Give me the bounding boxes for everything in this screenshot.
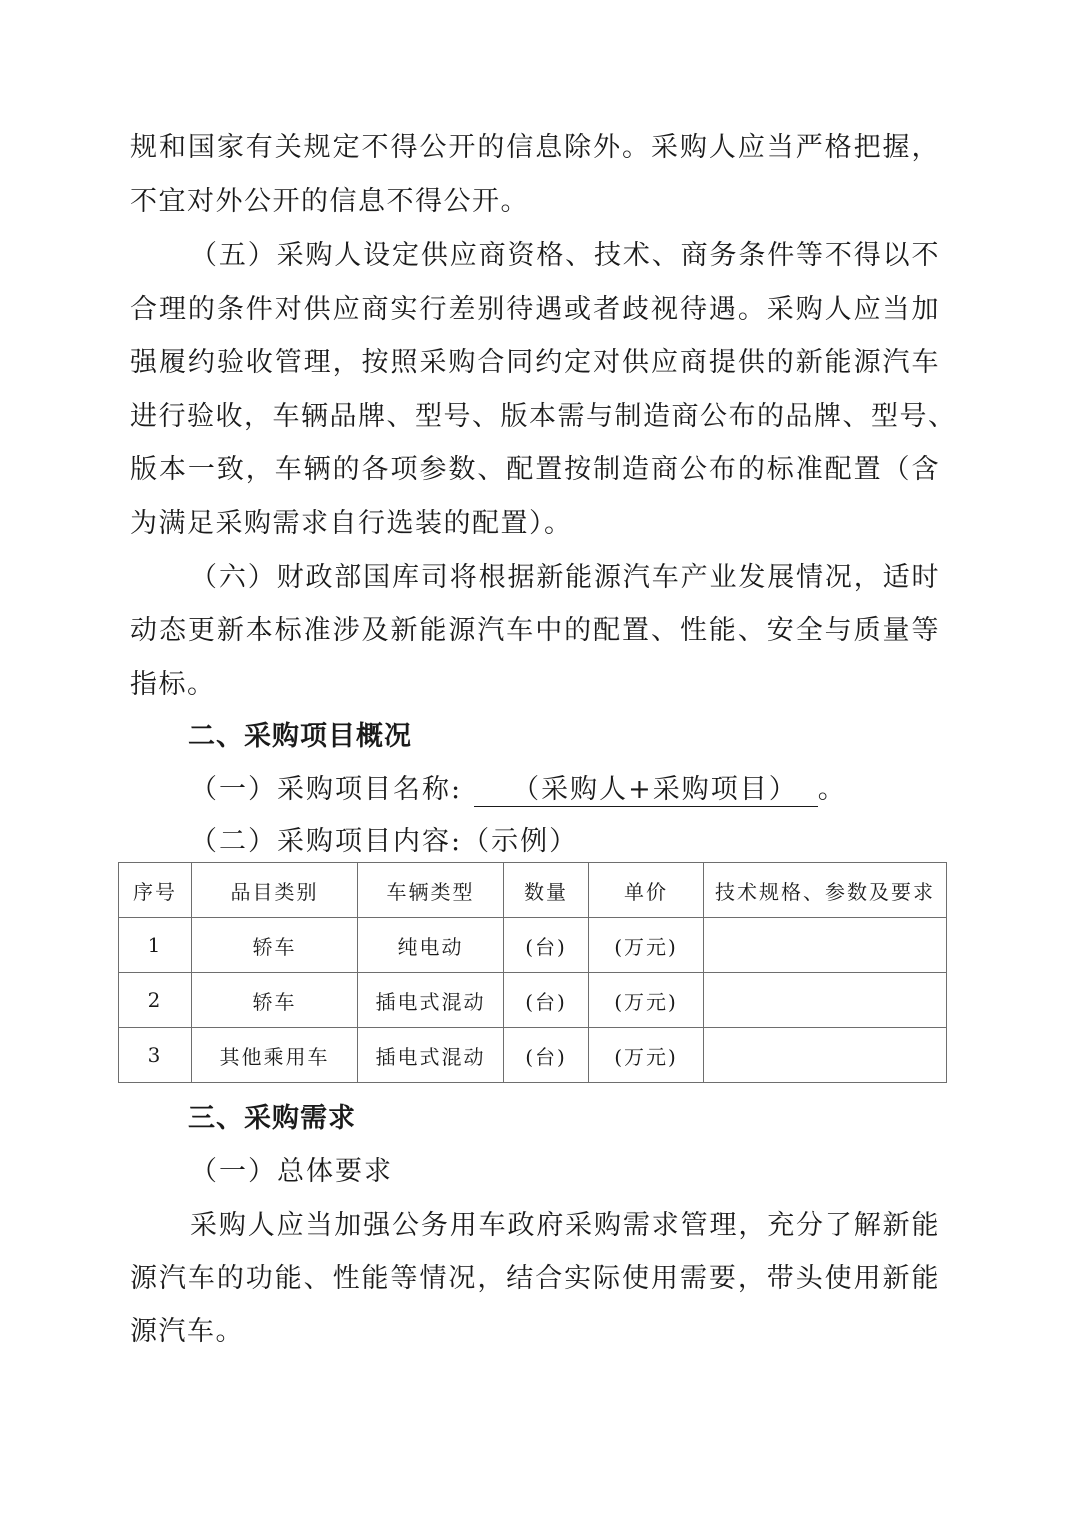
table-cell: (万元) xyxy=(589,1028,704,1083)
paragraph-line: 采购人应当加强公务用车政府采购需求管理，充分了解新能 xyxy=(190,1208,940,1244)
paragraph-line: （五）采购人设定供应商资格、技术、商务条件等不得以不 xyxy=(190,238,940,274)
table-header-cell: 品目类别 xyxy=(192,863,358,918)
table-cell xyxy=(704,1028,947,1083)
project-name-label: （一）采购项目名称: xyxy=(190,774,462,805)
paragraph-line: 指标。 xyxy=(130,667,940,703)
table-header-cell: 技术规格、参数及要求 xyxy=(704,863,947,918)
table-row: 1 轿车 纯电动 (台) (万元) xyxy=(119,918,947,973)
paragraph-line: 合理的条件对供应商实行差别待遇或者歧视待遇。采购人应当加 xyxy=(130,292,940,328)
table-cell: 1 xyxy=(119,918,192,973)
table-row: 3 其他乘用车 插电式混动 (台) (万元) xyxy=(119,1028,947,1083)
procurement-items-table: 序号 品目类别 车辆类型 数量 单价 技术规格、参数及要求 1 轿车 纯电动 (… xyxy=(118,862,947,1083)
table-cell: 纯电动 xyxy=(358,918,504,973)
project-content-label: （二）采购项目内容:（示例） xyxy=(190,824,578,860)
table-cell: 轿车 xyxy=(192,973,358,1028)
table-header-cell: 数量 xyxy=(504,863,589,918)
paragraph-line: 版本一致，车辆的各项参数、配置按制造商公布的标准配置（含 xyxy=(130,452,940,488)
table-header-cell: 序号 xyxy=(119,863,192,918)
table-cell: 插电式混动 xyxy=(358,973,504,1028)
table-cell xyxy=(704,918,947,973)
table-cell: (万元) xyxy=(589,973,704,1028)
paragraph-line: 源汽车的功能、性能等情况，结合实际使用需要，带头使用新能 xyxy=(130,1261,940,1297)
table-cell: (台) xyxy=(504,1028,589,1083)
table-header-row: 序号 品目类别 车辆类型 数量 单价 技术规格、参数及要求 xyxy=(119,863,947,918)
table-header-cell: 单价 xyxy=(589,863,704,918)
table-cell: 插电式混动 xyxy=(358,1028,504,1083)
project-name-line: （一）采购项目名称:（采购人+采购项目）。 xyxy=(190,772,847,808)
paragraph-line: 不宜对外公开的信息不得公开。 xyxy=(130,184,940,220)
project-name-end: 。 xyxy=(818,774,847,805)
paragraph-line: 规和国家有关规定不得公开的信息除外。采购人应当严格把握， xyxy=(130,130,940,166)
paragraph-line: 进行验收，车辆品牌、型号、版本需与制造商公布的品牌、型号、 xyxy=(130,399,940,435)
table-cell: 3 xyxy=(119,1028,192,1083)
table-cell: (台) xyxy=(504,918,589,973)
table-cell xyxy=(704,973,947,1028)
section-heading-3: 三、采购需求 xyxy=(188,1101,356,1137)
paragraph-line: 强履约验收管理，按照采购合同约定对供应商提供的新能源汽车 xyxy=(130,345,940,381)
table-header-cell: 车辆类型 xyxy=(358,863,504,918)
table-cell: (台) xyxy=(504,973,589,1028)
document-page: 规和国家有关规定不得公开的信息除外。采购人应当严格把握， 不宜对外公开的信息不得… xyxy=(0,0,1080,1527)
paragraph-line: 源汽车。 xyxy=(130,1314,940,1350)
table-cell: 轿车 xyxy=(192,918,358,973)
paragraph-line: 动态更新本标准涉及新能源汽车中的配置、性能、安全与质量等 xyxy=(130,613,940,649)
section-heading-2: 二、采购项目概况 xyxy=(188,719,412,755)
paragraph-line: 为满足采购需求自行选装的配置）。 xyxy=(130,506,940,542)
table-cell: (万元) xyxy=(589,918,704,973)
table-cell: 2 xyxy=(119,973,192,1028)
table-row: 2 轿车 插电式混动 (台) (万元) xyxy=(119,973,947,1028)
project-name-field: （采购人+采购项目） xyxy=(474,774,818,807)
table-cell: 其他乘用车 xyxy=(192,1028,358,1083)
paragraph-line: （六）财政部国库司将根据新能源汽车产业发展情况，适时 xyxy=(190,560,940,596)
general-requirements-label: （一）总体要求 xyxy=(190,1154,393,1190)
